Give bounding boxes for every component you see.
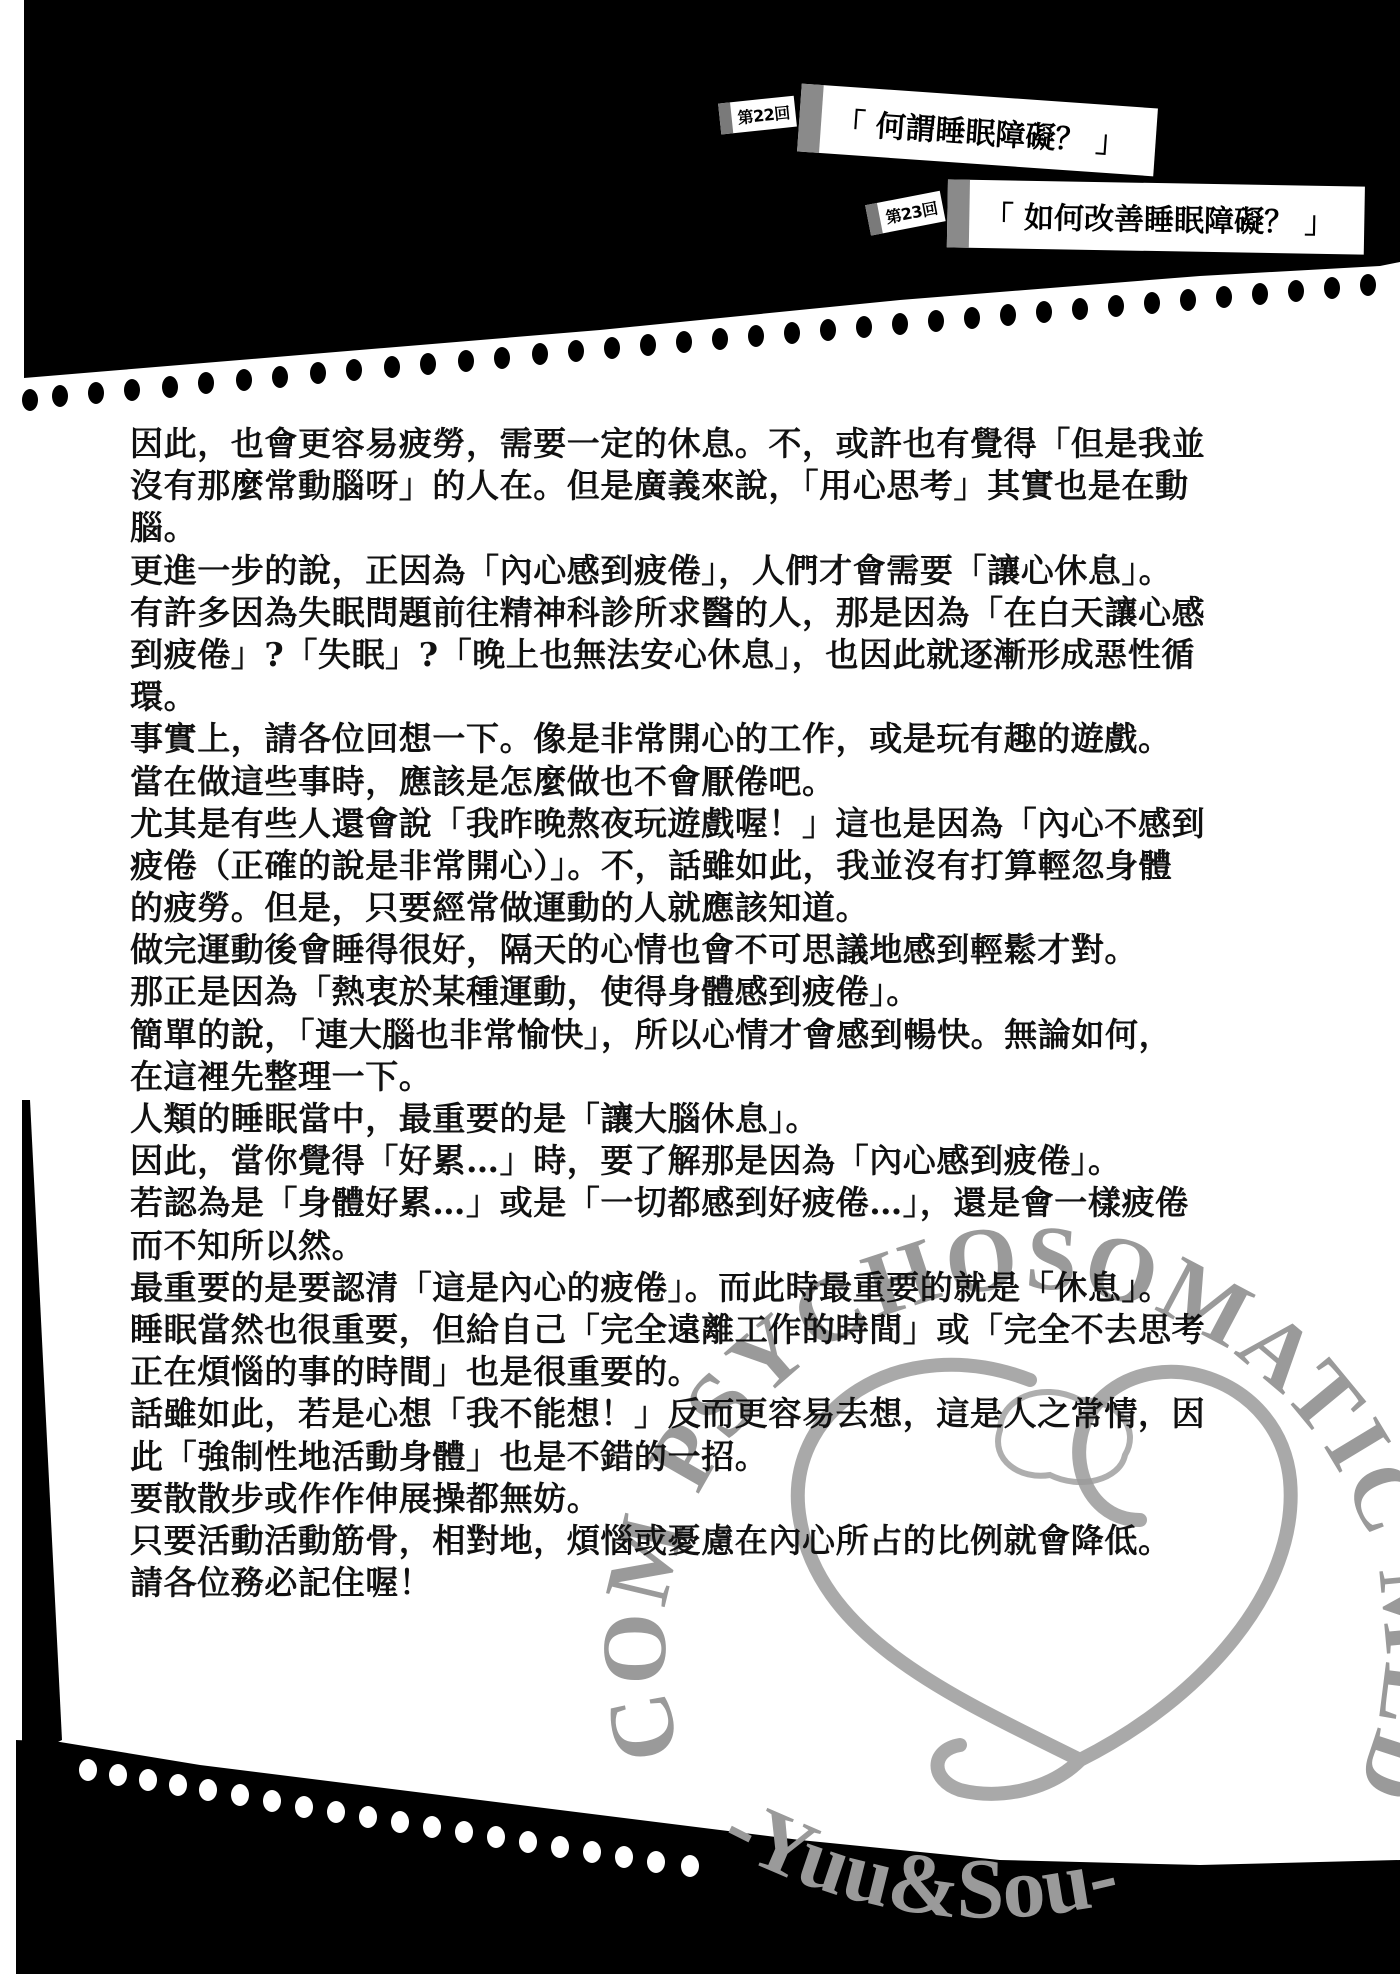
text-line: 若認為是「身體好累…」或是「一切都感到好疲倦…」，還是會一樣疲倦: [130, 1182, 1330, 1224]
text-line: 因此，當你覺得「好累…」時，要了解那是因為「內心感到疲倦」。: [130, 1140, 1330, 1182]
text-line: 因此，也會更容易疲勞，需要一定的休息。不，或許也有覺得「但是我並: [130, 423, 1330, 465]
left-black-wedge: [22, 1100, 62, 1760]
text-line: 請各位務必記住喔！: [130, 1562, 1330, 1604]
episode-title: 「 如何改善睡眠障礙？ 」: [947, 179, 1365, 254]
text-line: 睡眠當然也很重要，但給自己「完全遠離工作的時間」或「完全不去思考: [130, 1309, 1330, 1351]
text-line: 要散散步或作作伸展操都無妨。: [130, 1478, 1330, 1520]
text-line: 那正是因為「熱衷於某種運動，使得身體感到疲倦」。: [130, 971, 1330, 1013]
right-black-strip: [1386, 378, 1400, 1860]
text-line: 尤其是有些人還會說「我昨晚熬夜玩遊戲喔！」這也是因為「內心不感到: [130, 803, 1330, 845]
text-line: 在這裡先整理一下。: [130, 1056, 1330, 1098]
text-line: 話雖如此，若是心想「我不能想！」反而更容易去想，這是人之常情，因: [130, 1393, 1330, 1435]
text-line: 正在煩惱的事的時間」也是很重要的。: [130, 1351, 1330, 1393]
text-line: 的疲勞。但是，只要經常做運動的人就應該知道。: [130, 887, 1330, 929]
text-line: 此「強制性地活動身體」也是不錯的一招。: [130, 1436, 1330, 1478]
episode-number: 第22回: [718, 95, 797, 134]
text-line: 簡單的說，「連大腦也非常愉快」，所以心情才會感到暢快。無論如何，: [130, 1014, 1330, 1056]
text-line: 做完運動後會睡得很好，隔天的心情也會不可思議地感到輕鬆才對。: [130, 929, 1330, 971]
text-line: 疲倦（正確的說是非常開心）」。不，話雖如此，我並沒有打算輕忽身體: [130, 845, 1330, 887]
episode-number: 第23回: [865, 190, 946, 235]
text-line: 沒有那麼常動腦呀」的人在。但是廣義來說，「用心思考」其實也是在動: [130, 465, 1330, 507]
text-line: 環。: [130, 676, 1330, 718]
text-line: 而不知所以然。: [130, 1225, 1330, 1267]
text-line: 到疲倦」?「失眠」?「晚上也無法安心休息」，也因此就逐漸形成惡性循: [130, 634, 1330, 676]
text-line: 更進一步的說，正因為「內心感到疲倦」，人們才會需要「讓心休息」。: [130, 550, 1330, 592]
bottom-black-band: [16, 1740, 1400, 1974]
text-line: 只要活動活動筋骨，相對地，煩惱或憂慮在內心所占的比例就會降低。: [130, 1520, 1330, 1562]
text-line: 腦。: [130, 507, 1330, 549]
text-line: 事實上，請各位回想一下。像是非常開心的工作，或是玩有趣的遊戲。: [130, 718, 1330, 760]
article-body: 因此，也會更容易疲勞，需要一定的休息。不，或許也有覺得「但是我並 沒有那麼常動腦…: [130, 423, 1330, 1604]
text-line: 有許多因為失眠問題前往精神科診所求醫的人，那是因為「在白天讓心感: [130, 592, 1330, 634]
text-line: 最重要的是要認清「這是內心的疲倦」。而此時最重要的就是「休息」。: [130, 1267, 1330, 1309]
text-line: 人類的睡眠當中，最重要的是「讓大腦休息」。: [130, 1098, 1330, 1140]
text-line: 當在做這些事時，應該是怎麼做也不會厭倦吧。: [130, 761, 1330, 803]
episode-23-title-tag: 第23回 「 如何改善睡眠障礙？ 」: [867, 178, 1365, 255]
